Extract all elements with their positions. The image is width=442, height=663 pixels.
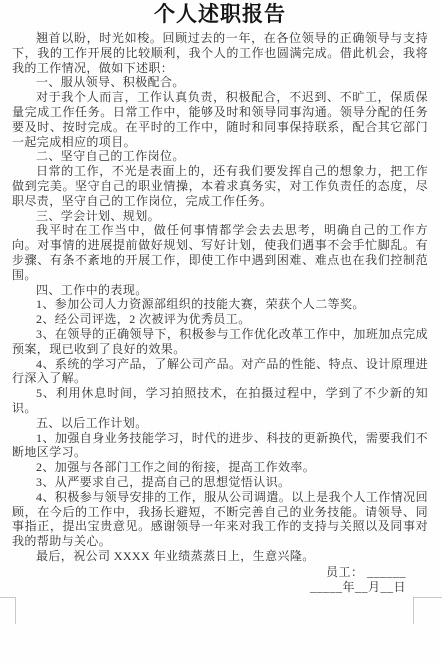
list-item: 3、在领导的正确领导下，积极参与工作优化改革工作中，加班加点完成预案，现已收到了… [12,327,428,357]
list-item: 1、加强自身业务技能学习，时代的进步、科技的更新换代，需要我们不断地区学习。 [12,431,428,461]
list-item: 3、从严要求自己，提高自己的思想觉悟认识。 [12,475,428,490]
document-title: 个人述职报告 [12,2,428,28]
section-heading-4: 四、工作中的表现。 [12,283,428,298]
list-item: 5、利用休息时间，学习拍照技术，在拍摄过程中，学到了不少新的知识。 [12,386,428,416]
paragraph: 我平时在工作当中，做任何事情都学会去去思考，明确自己的工作方向。对事情的进展提前… [12,223,428,282]
list-item: 4、系统的学习产品，了解公司产品。对产品的性能、特点、设计原理进行深入了解。 [12,357,428,387]
list-item: 1、参加公司人力资源部组织的技能大赛，荣获个人二等奖。 [12,297,428,312]
paragraph: 日常的工作，不光是表面上的，还有我们要发挥自己的想象力，把工作做到完美。坚守自己… [12,164,428,208]
signature-date-line: _____年__月__日 [12,580,406,595]
section-heading-1: 一、服从领导、积极配合。 [12,75,428,90]
signature-block: 员工： ______ _____年__月__日 [12,565,428,595]
paragraph: 对于我个人而言，工作认真负责，积极配合，不迟到、不旷工，保质保量完成工作任务。日… [12,90,428,149]
section-heading-2: 二、坚守自己的工作岗位。 [12,149,428,164]
list-item: 2、加强与各部门工作之间的衔接，提高工作效率。 [12,460,428,475]
section-heading-3: 三、学会计划、规划。 [12,209,428,224]
intro-paragraph: 翘首以盼，时光如梭。回顾过去的一年，在各位领导的正确领导与支持下，我的工作开展的… [12,31,428,75]
section-heading-5: 五、以后工作计划。 [12,416,428,431]
signature-employee-line: 员工： ______ [12,565,406,580]
document-page: 个人述职报告 翘首以盼，时光如梭。回顾过去的一年，在各位领导的正确领导与支持下，… [0,0,442,663]
closing-paragraph: 4、积极参与领导安排的工作，服从公司调遣。以上是我个人工作情况回顾，在今后的工作… [12,490,428,549]
list-item: 2、经公司评选，2 次被评为优秀员工。 [12,312,428,327]
wish-paragraph: 最后，祝公司 XXXX 年业绩蒸蒸日上，生意兴隆。 [12,549,428,564]
